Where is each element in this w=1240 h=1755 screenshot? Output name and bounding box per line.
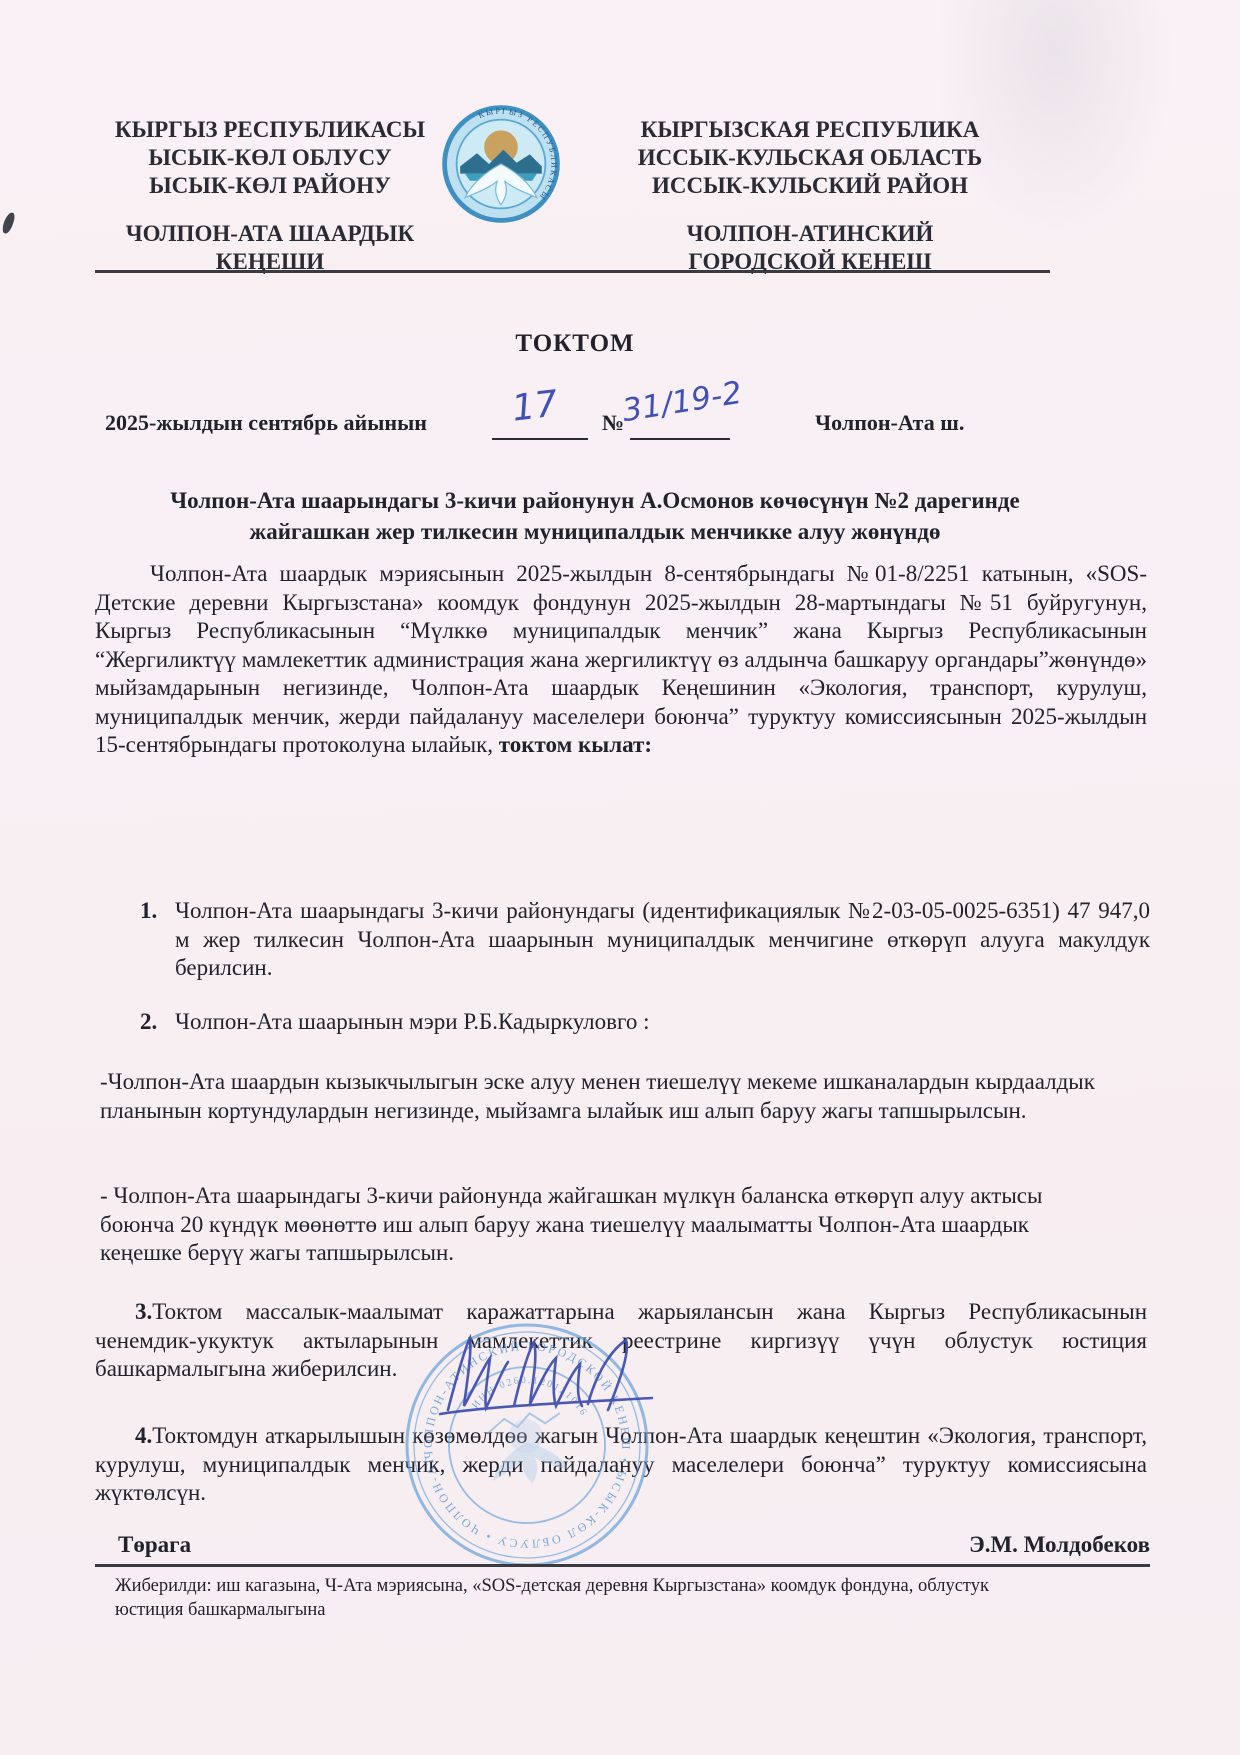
- signer-role: Төрага: [118, 1532, 191, 1558]
- kyrgyz-emblem-icon: КЫРГЫЗ РЕСПУБЛИКАСЫ: [441, 104, 561, 224]
- header-left-org-line1: ЧОЛПОН-АТА ШААРДЫК: [100, 220, 440, 248]
- header-left-kyrgyz: КЫРГЫЗ РЕСПУБЛИКАСЫ ЫСЫК-КӨЛ ОБЛУСУ ЫСЫК…: [100, 116, 440, 200]
- number-sign: №: [602, 410, 624, 436]
- header-left-line1: КЫРГЫЗ РЕСПУБЛИКАСЫ: [100, 116, 440, 144]
- date-line-prefix: 2025-жылдын сентябрь айынын: [105, 410, 427, 436]
- header-right-line3: ИССЫК-КУЛЬСКИЙ РАЙОН: [575, 172, 1045, 200]
- header-left-line2: ЫСЫК-КӨЛ ОБЛУСУ: [100, 144, 440, 172]
- item-2-number: 2.: [140, 1008, 175, 1037]
- item-1-text: Чолпон-Ата шаарындагы 3-кичи районундагы…: [175, 897, 1150, 983]
- dash-paragraph-1: -Чолпон-Ата шаардын кызыкчылыгын эске ал…: [100, 1068, 1100, 1125]
- place-label: Чолпон-Ата ш.: [815, 410, 964, 436]
- header-right-org-line1: ЧОЛПОН-АТИНСКИЙ: [575, 220, 1045, 248]
- subject-line1: Чолпон-Ата шаарындагы 3-кичи районунун А…: [105, 485, 1085, 516]
- item-4-number: 4.: [135, 1423, 152, 1448]
- item-3-number: 3.: [135, 1299, 152, 1324]
- preamble-body: Чолпон-Ата шаардык мэриясынын 2025-жылды…: [95, 561, 1147, 757]
- preamble-paragraph: Чолпон-Ата шаардык мэриясынын 2025-жылды…: [95, 560, 1147, 760]
- header-right-russian: КЫРГЫЗСКАЯ РЕСПУБЛИКА ИССЫК-КУЛЬСКАЯ ОБЛ…: [575, 116, 1045, 200]
- header-left-line3: ЫСЫК-КӨЛ РАЙОНУ: [100, 172, 440, 200]
- document-title: ТОКТОМ: [95, 330, 1055, 358]
- decree-subject: Чолпон-Ата шаарындагы 3-кичи районунун А…: [105, 485, 1085, 547]
- header-right-org: ЧОЛПОН-АТИНСКИЙ ГОРОДСКОЙ КЕНЕШ: [575, 220, 1045, 276]
- decree-item-2: 2. Чолпон-Ата шаарынын мэри Р.Б.Кадыркул…: [140, 1008, 1150, 1037]
- handwritten-day: 17: [510, 383, 560, 429]
- distribution-note: Жиберилди: иш кагазына, Ч-Ата мэриясына,…: [115, 1574, 1025, 1622]
- header-left-org: ЧОЛПОН-АТА ШААРДЫК КЕҢЕШИ: [100, 220, 440, 276]
- item-2-text: Чолпон-Ата шаарынын мэри Р.Б.Кадыркуловг…: [175, 1008, 650, 1037]
- chairman-signature: [430, 1318, 660, 1428]
- header-right-line1: КЫРГЫЗСКАЯ РЕСПУБЛИКА: [575, 116, 1045, 144]
- scanned-decree-page: КЫРГЫЗ РЕСПУБЛИКАСЫ ЫСЫК-КӨЛ ОБЛУСУ ЫСЫК…: [0, 0, 1240, 1755]
- signer-name: Э.М. Молдобеков: [850, 1532, 1150, 1558]
- item-1-number: 1.: [140, 897, 175, 983]
- ink-smudge: [1, 211, 16, 235]
- dash-paragraph-2: - Чолпон-Ата шаарындагы 3-кичи районунда…: [100, 1182, 1110, 1268]
- emblem-svg: КЫРГЫЗ РЕСПУБЛИКАСЫ: [441, 104, 561, 224]
- header-right-line2: ИССЫК-КУЛЬСКАЯ ОБЛАСТЬ: [575, 144, 1045, 172]
- decree-item-1: 1. Чолпон-Ата шаарындагы 3-кичи районунд…: [140, 897, 1150, 983]
- preamble-bold-tail: токтом кылат:: [499, 732, 652, 757]
- header-divider: [95, 270, 1050, 273]
- signature-divider: [95, 1564, 1150, 1567]
- subject-line2: жайгашкан жер тилкесин муниципалдык менч…: [105, 516, 1085, 547]
